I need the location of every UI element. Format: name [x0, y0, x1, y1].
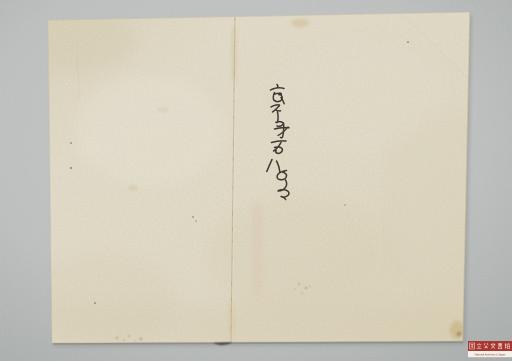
photo-stage: National Archives of Japan [0, 0, 512, 361]
national-archives-stamp: National Archives of Japan [468, 341, 512, 357]
document-paper [5, 8, 495, 345]
watermark-subtitle: National Archives of Japan [475, 352, 506, 356]
